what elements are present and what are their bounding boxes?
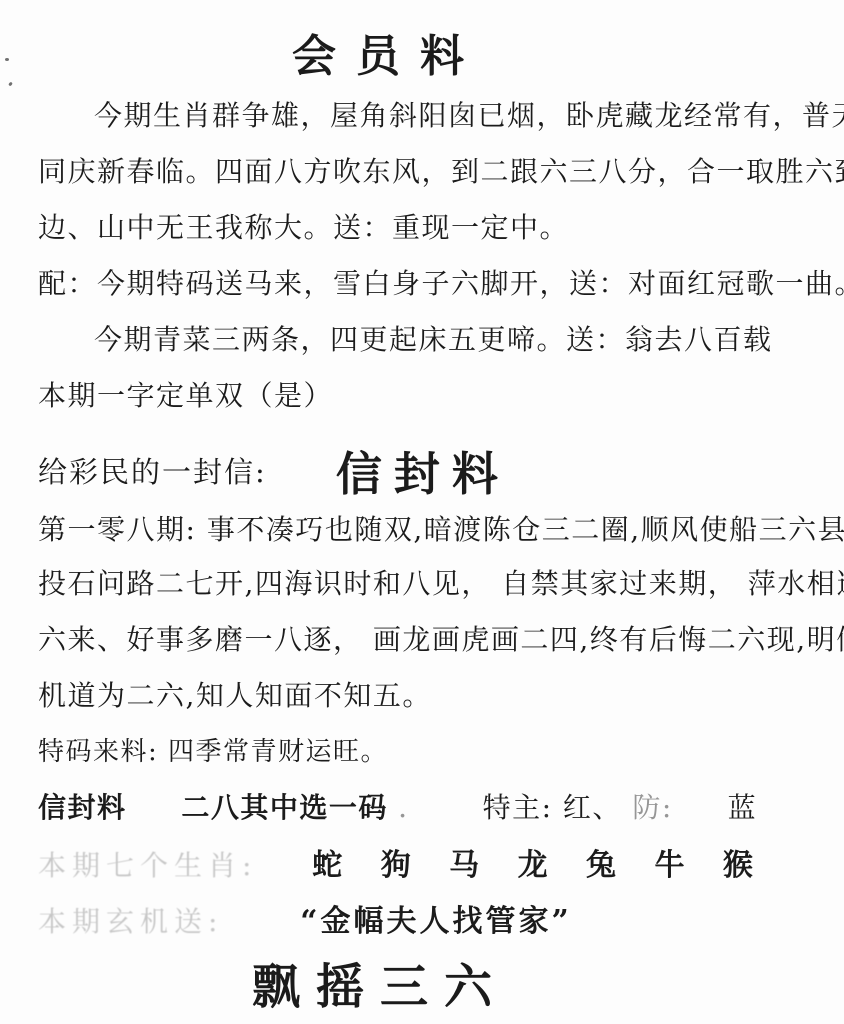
te-zhu-label: 特主:: [483, 791, 553, 824]
quote-text: “金幅夫人找管家”: [300, 904, 572, 939]
pick-separator: ．: [398, 791, 428, 824]
envelope-section-title: 信封料: [336, 447, 510, 501]
footer-title: 飘摇三六: [0, 948, 760, 1017]
envelope-issue-line: 第一零八期: 事不凑巧也随双,暗渡陈仓三二圈,顺风使船三六县,: [38, 512, 838, 548]
member-paragraph-line: 边、山中无王我称大。送：重现一定中。: [38, 210, 838, 246]
member-section-title: 会员料: [0, 20, 776, 84]
envelope-intro-label: 给彩民的一封信:: [38, 455, 267, 489]
member-pei-line: 配：今期特码送马来，雪白身子六脚开，送：对面红冠歌一曲。: [38, 266, 838, 302]
envelope-issue-line: 机道为二六,知人知面不知五。: [38, 678, 838, 714]
pick-label: 信封料: [38, 791, 127, 824]
zodiac-list: 蛇 狗 马 龙 兔 牛 猴: [312, 848, 757, 883]
quote-prefix-faded: 本期玄机送:: [38, 905, 223, 938]
envelope-pick-line: 信封料 二八其中选一码 ． 特主: 红、 防: 蓝: [38, 790, 838, 826]
pick-text: 二八其中选一码: [181, 791, 388, 824]
te-zhu-value: 红、: [563, 791, 622, 824]
envelope-issue-line: 六来、好事多磨一八逐， 画龙画虎画二四,终有后悔二六现,明修: [38, 622, 838, 658]
zodiac-line: 本期七个生肖: 蛇 狗 马 龙 兔 牛 猴: [38, 846, 838, 885]
envelope-issue-line: 投石问路二七开,四海识时和八见， 自禁其家过来期， 萍水相逢一: [38, 566, 838, 602]
quote-line: 本期玄机送: “金幅夫人找管家”: [38, 902, 838, 941]
member-paragraph-line: 今期生肖群争雄，屋角斜阳囱已烟，卧虎藏龙经常有，普天: [38, 98, 838, 134]
scanned-document-page: 会员料 今期生肖群争雄，屋角斜阳囱已烟，卧虎藏龙经常有，普天 同庆新春临。四面八…: [0, 0, 844, 1024]
fang-label: 防:: [632, 791, 672, 824]
fang-value: 蓝: [728, 791, 758, 824]
member-danshuang-line: 本期一字定单双（是）: [38, 378, 838, 414]
member-paragraph-line: 同庆新春临。四面八方吹东风，到二跟六三八分，合一取胜六到: [38, 154, 838, 190]
zodiac-prefix-faded: 本期七个生肖:: [38, 849, 257, 882]
member-qingcai-line: 今期青菜三两条，四更起床五更啼。送：翁去八百载: [38, 322, 838, 358]
special-code-line: 特码来料: 四季常青财运旺。: [38, 736, 838, 770]
envelope-section-header: 给彩民的一封信: 信封料: [38, 438, 838, 504]
